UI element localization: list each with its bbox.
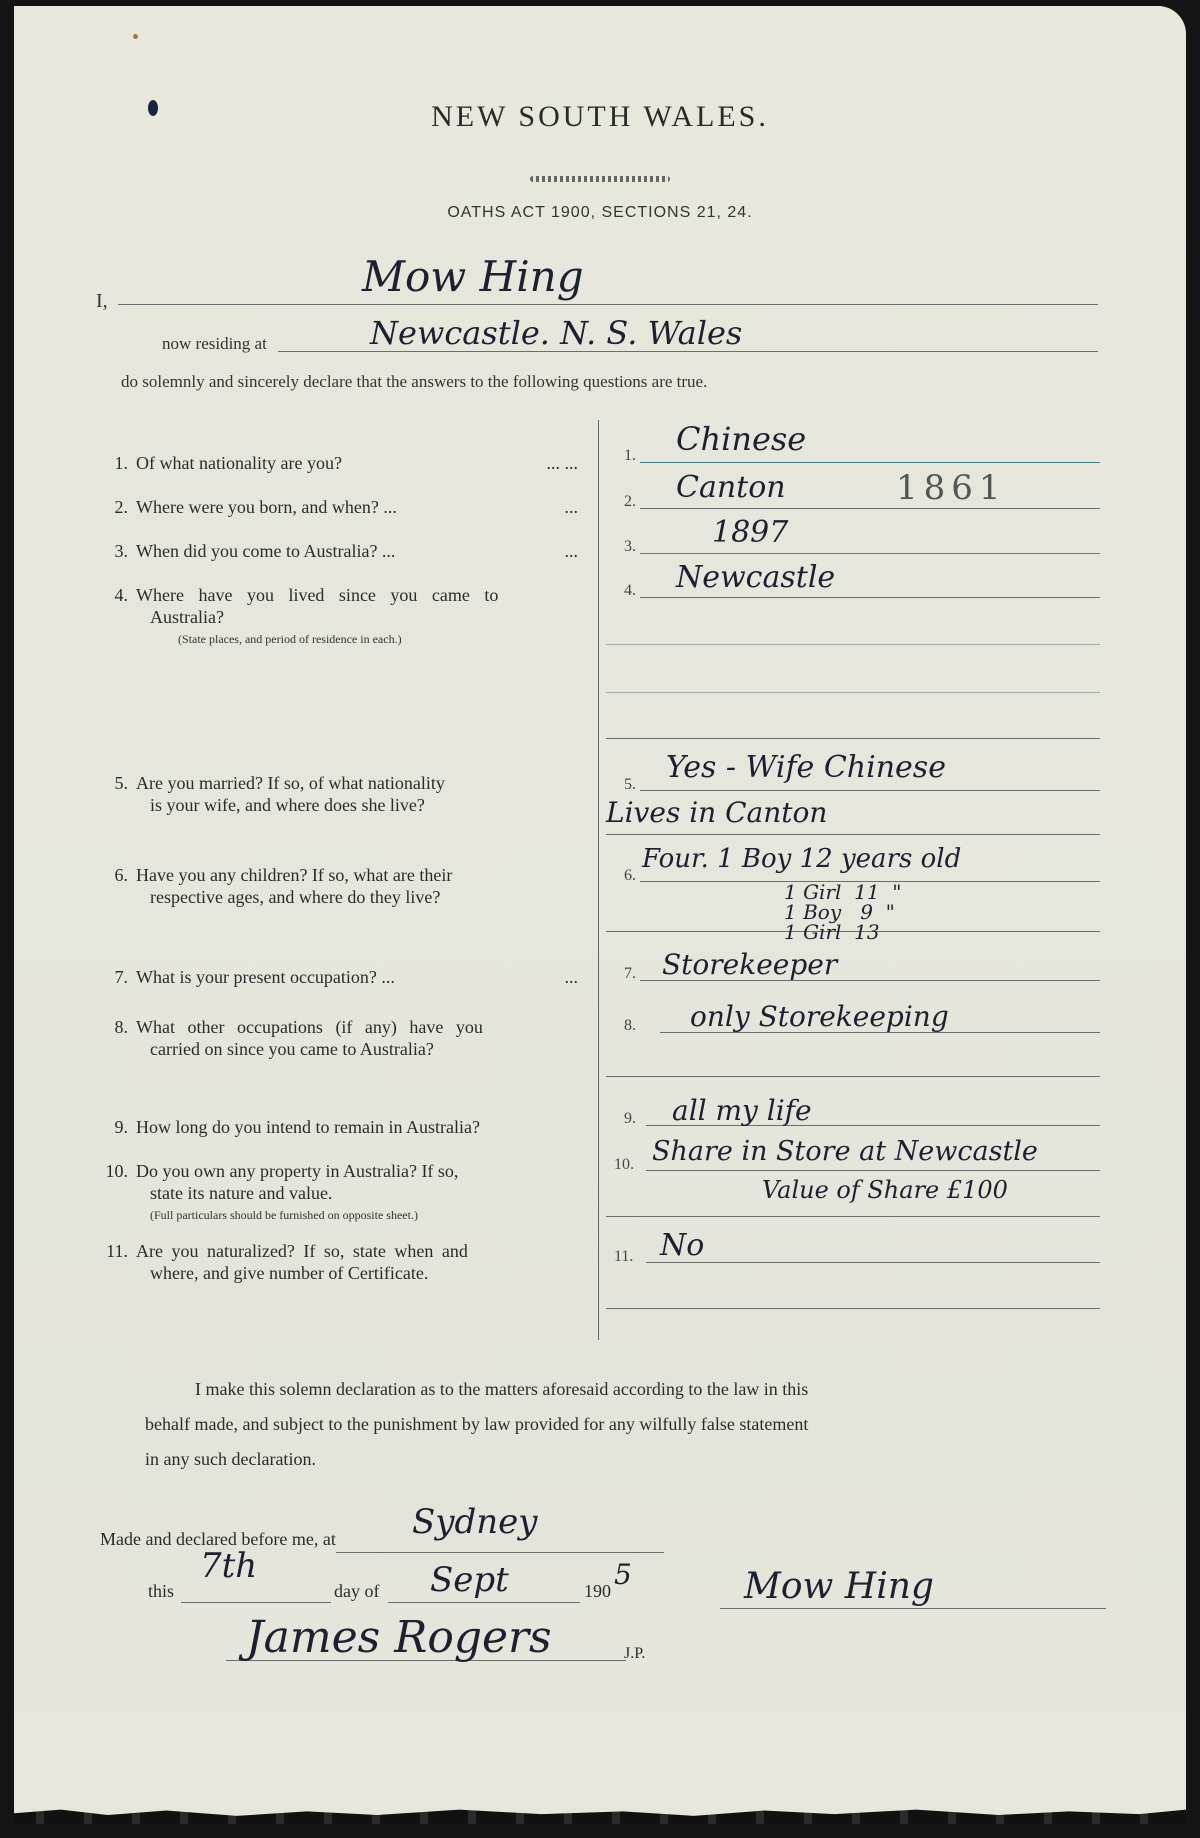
answer-2-place: Canton	[676, 470, 786, 505]
declarant-prefix: I,	[96, 290, 108, 313]
name-line	[118, 304, 1098, 305]
answer-10-line2: Value of Share £100	[762, 1176, 1008, 1204]
question-6: 6.Have you any children? If so, what are…	[98, 864, 588, 908]
document-title: NEW SOUTH WALES.	[0, 100, 1200, 134]
answer-line-11	[646, 1262, 1100, 1263]
answer-num-2: 2.	[624, 493, 636, 511]
answer-6-line4: 1 Girl 13	[784, 920, 880, 944]
answer-line-1	[640, 462, 1100, 463]
answer-num-7: 7.	[624, 965, 636, 983]
question-1: 1.Of what nationality are you? ... ...	[98, 452, 578, 474]
answer-5-line1: Yes - Wife Chinese	[666, 750, 946, 785]
answer-line-2	[640, 508, 1100, 509]
answer-1: Chinese	[676, 420, 806, 458]
declaration-statement: do solemnly and sincerely declare that t…	[121, 372, 707, 392]
residence-value: Newcastle. N. S. Wales	[370, 314, 742, 352]
question-2: 2.Where were you born, and when? ... ...	[98, 496, 578, 518]
answer-num-8: 8.	[624, 1017, 636, 1035]
jp-signature: James Rogers	[246, 1612, 552, 1663]
answer-7: Storekeeper	[662, 948, 837, 981]
column-divider	[598, 420, 599, 1340]
answer-line-8b	[606, 1076, 1100, 1077]
question-10: 10.Do you own any property in Australia?…	[98, 1160, 598, 1226]
month-value: Sept	[430, 1560, 509, 1600]
document-subtitle: OATHS ACT 1900, SECTIONS 21, 24.	[0, 204, 1200, 222]
question-11: 11.Are you naturalized? If so, state whe…	[98, 1240, 598, 1284]
declarant-signature: Mow Hing	[744, 1566, 934, 1607]
answer-num-1: 1.	[624, 447, 636, 465]
answer-line-4b	[606, 644, 1100, 645]
answer-line-10	[646, 1170, 1100, 1171]
answer-3: 1897	[712, 515, 788, 550]
title-ornament	[530, 176, 670, 182]
question-3: 3.When did you come to Australia? ... ..…	[98, 540, 578, 562]
year-suffix: 5	[614, 1558, 632, 1591]
answer-6-line1: Four. 1 Boy 12 years old	[642, 844, 961, 874]
place-value: Sydney	[412, 1502, 538, 1542]
this-label: this	[148, 1574, 174, 1609]
day-of-label: day of	[334, 1574, 379, 1609]
answer-line-3	[640, 553, 1100, 554]
answer-num-5: 5.	[624, 776, 636, 794]
answer-line-5	[640, 790, 1100, 791]
declarant-signature-line	[720, 1608, 1106, 1609]
question-7: 7.What is your present occupation? ... .…	[98, 966, 578, 988]
answer-8: only Storekeeping	[690, 1000, 949, 1033]
answer-line-4d	[606, 738, 1100, 739]
jp-label: J.P.	[624, 1636, 645, 1671]
declarant-name: Mow Hing	[362, 252, 584, 301]
place-line	[336, 1552, 664, 1553]
month-line	[388, 1602, 580, 1603]
declaration-paragraph: I make this solemn declaration as to the…	[145, 1372, 1105, 1477]
answer-num-4: 4.	[624, 582, 636, 600]
answer-10-line1: Share in Store at Newcastle	[652, 1136, 1038, 1167]
year-prefix: 190	[584, 1574, 611, 1609]
question-9: 9.How long do you intend to remain in Au…	[98, 1116, 598, 1138]
paper-spot	[133, 34, 138, 39]
answer-num-11: 11.	[614, 1248, 633, 1266]
answer-num-9: 9.	[624, 1110, 636, 1128]
answer-num-10: 10.	[614, 1156, 634, 1174]
answer-line-11b	[606, 1308, 1100, 1309]
answer-5-line2: Lives in Canton	[606, 796, 827, 829]
question-8: 8.What other occupations (if any) have y…	[98, 1016, 578, 1060]
day-value: 7th	[200, 1546, 257, 1586]
answer-line-4	[640, 597, 1100, 598]
answer-4: Newcastle	[676, 560, 835, 595]
question-5: 5.Are you married? If so, of what nation…	[98, 772, 578, 816]
day-line	[181, 1602, 331, 1603]
question-4: 4.Where have you lived since you came to…	[98, 584, 578, 650]
answer-line-10b	[606, 1216, 1100, 1217]
answer-9: all my life	[672, 1094, 812, 1127]
answer-line-5b	[606, 834, 1100, 835]
answer-11: No	[660, 1228, 704, 1263]
answer-num-6: 6.	[624, 867, 636, 885]
answer-2-year: 1861	[896, 468, 1007, 508]
answer-num-3: 3.	[624, 538, 636, 556]
answer-line-4c	[606, 692, 1100, 693]
residing-label: now residing at	[162, 334, 267, 354]
